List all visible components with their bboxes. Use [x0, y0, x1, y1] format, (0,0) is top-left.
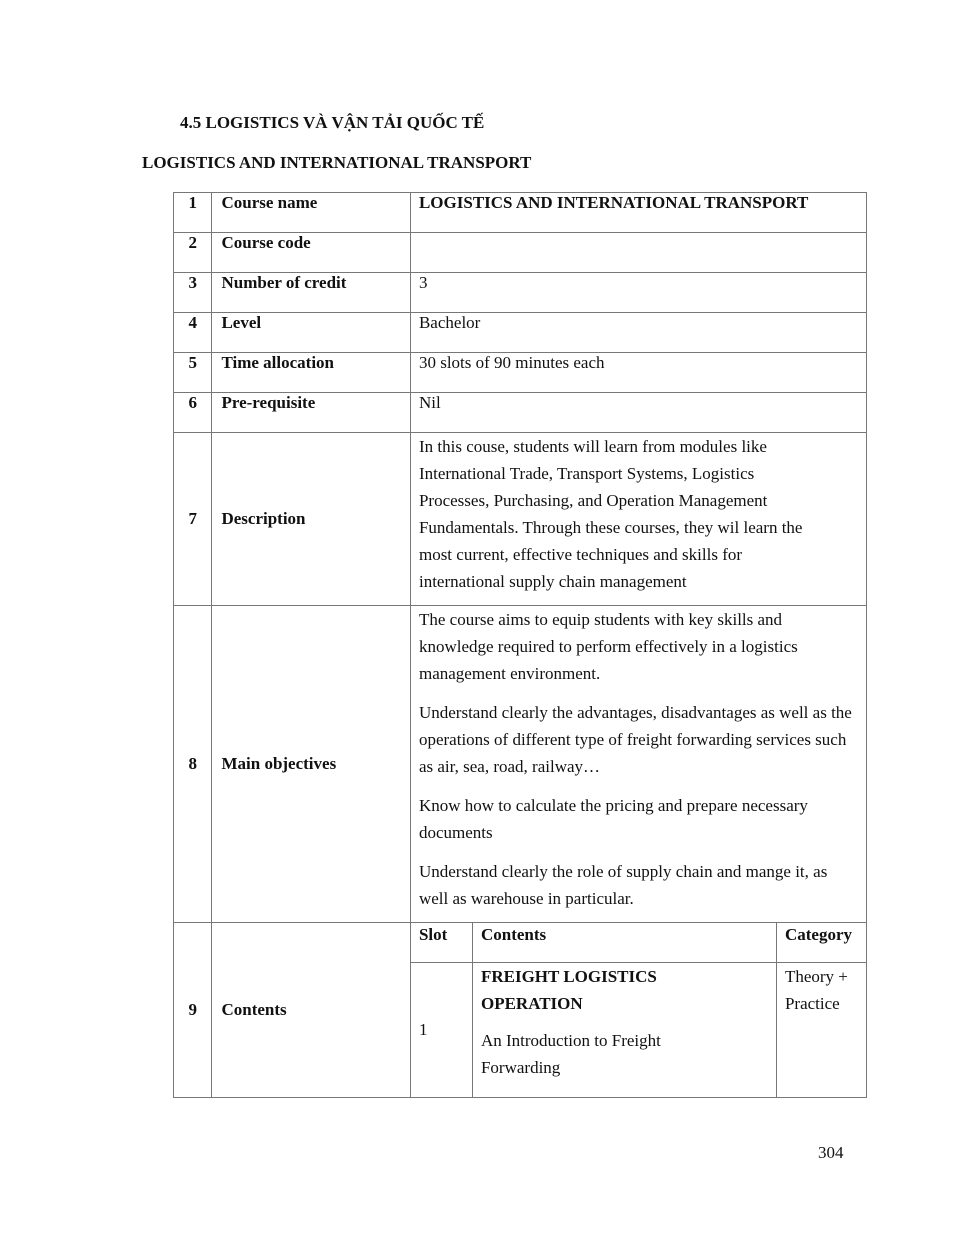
- time-allocation-value: 30 slots of 90 minutes each: [410, 353, 866, 393]
- contents-header-row: Slot Contents Category: [411, 923, 866, 962]
- slot-header: Slot: [411, 923, 473, 962]
- table-row-course-code: 2 Course code: [174, 233, 867, 273]
- row-number: 4: [174, 313, 212, 353]
- description-line: most current, effective techniques and s…: [419, 541, 860, 568]
- table-row-time-allocation: 5 Time allocation 30 slots of 90 minutes…: [174, 353, 867, 393]
- contents-table: Slot Contents Category 1 FREIGHT LOGISTI…: [411, 923, 866, 1097]
- credits-value: 3: [410, 273, 866, 313]
- row-label: Description: [212, 433, 411, 606]
- description-line: international supply chain management: [419, 568, 860, 595]
- prerequisite-value: Nil: [410, 393, 866, 433]
- objectives-value: The course aims to equip students with k…: [410, 606, 866, 923]
- description-value: In this couse, students will learn from …: [410, 433, 866, 606]
- row-number: 2: [174, 233, 212, 273]
- section-heading-vietnamese: 4.5 LOGISTICS VÀ VẬN TẢI QUỐC TẾ: [180, 113, 484, 133]
- page-number: 304: [818, 1143, 844, 1163]
- row-number: 6: [174, 393, 212, 433]
- table-row-main-objectives: 8 Main objectives The course aims to equ…: [174, 606, 867, 923]
- description-line: International Trade, Transport Systems, …: [419, 460, 860, 487]
- table-row-prerequisite: 6 Pre-requisite Nil: [174, 393, 867, 433]
- slot-value: 1: [411, 962, 473, 1097]
- row-label: Time allocation: [212, 353, 411, 393]
- row-number: 1: [174, 193, 212, 233]
- contents-value: FREIGHT LOGISTICS OPERATION An Introduct…: [472, 962, 776, 1097]
- course-info-table: 1 Course name LOGISTICS AND INTERNATIONA…: [173, 192, 867, 1098]
- table-row-contents: 9 Contents Slot Contents Category 1 FREI…: [174, 923, 867, 1098]
- description-line: Processes, Purchasing, and Operation Man…: [419, 487, 860, 514]
- row-label: Contents: [212, 923, 411, 1098]
- row-number: 8: [174, 606, 212, 923]
- content-title: FREIGHT LOGISTICS OPERATION: [481, 963, 731, 1017]
- contents-header: Contents: [472, 923, 776, 962]
- objective-paragraph: Understand clearly the advantages, disad…: [419, 699, 860, 780]
- row-label: Level: [212, 313, 411, 353]
- row-number: 3: [174, 273, 212, 313]
- row-number: 7: [174, 433, 212, 606]
- section-heading-english: LOGISTICS AND INTERNATIONAL TRANSPORT: [142, 153, 531, 173]
- table-row-description: 7 Description In this couse, students wi…: [174, 433, 867, 606]
- row-label: Course name: [212, 193, 411, 233]
- category-text: Theory + Practice: [785, 963, 860, 1017]
- contents-cell: Slot Contents Category 1 FREIGHT LOGISTI…: [410, 923, 866, 1098]
- objective-paragraph: Understand clearly the role of supply ch…: [419, 858, 860, 912]
- table-row-credits: 3 Number of credit 3: [174, 273, 867, 313]
- row-number: 5: [174, 353, 212, 393]
- level-value: Bachelor: [410, 313, 866, 353]
- category-header: Category: [776, 923, 866, 962]
- category-value: Theory + Practice: [776, 962, 866, 1097]
- contents-row: 1 FREIGHT LOGISTICS OPERATION An Introdu…: [411, 962, 866, 1097]
- course-code-value: [410, 233, 866, 273]
- row-label: Course code: [212, 233, 411, 273]
- content-topic: An Introduction to Freight Forwarding: [481, 1027, 731, 1081]
- row-label: Pre-requisite: [212, 393, 411, 433]
- course-name-value: LOGISTICS AND INTERNATIONAL TRANSPORT: [410, 193, 866, 233]
- row-label: Main objectives: [212, 606, 411, 923]
- objective-paragraph: Know how to calculate the pricing and pr…: [419, 792, 860, 846]
- description-line: In this couse, students will learn from …: [419, 433, 860, 460]
- description-line: Fundamentals. Through these courses, the…: [419, 514, 860, 541]
- table-row-level: 4 Level Bachelor: [174, 313, 867, 353]
- row-number: 9: [174, 923, 212, 1098]
- table-row-course-name: 1 Course name LOGISTICS AND INTERNATIONA…: [174, 193, 867, 233]
- objective-paragraph: The course aims to equip students with k…: [419, 606, 860, 687]
- row-label: Number of credit: [212, 273, 411, 313]
